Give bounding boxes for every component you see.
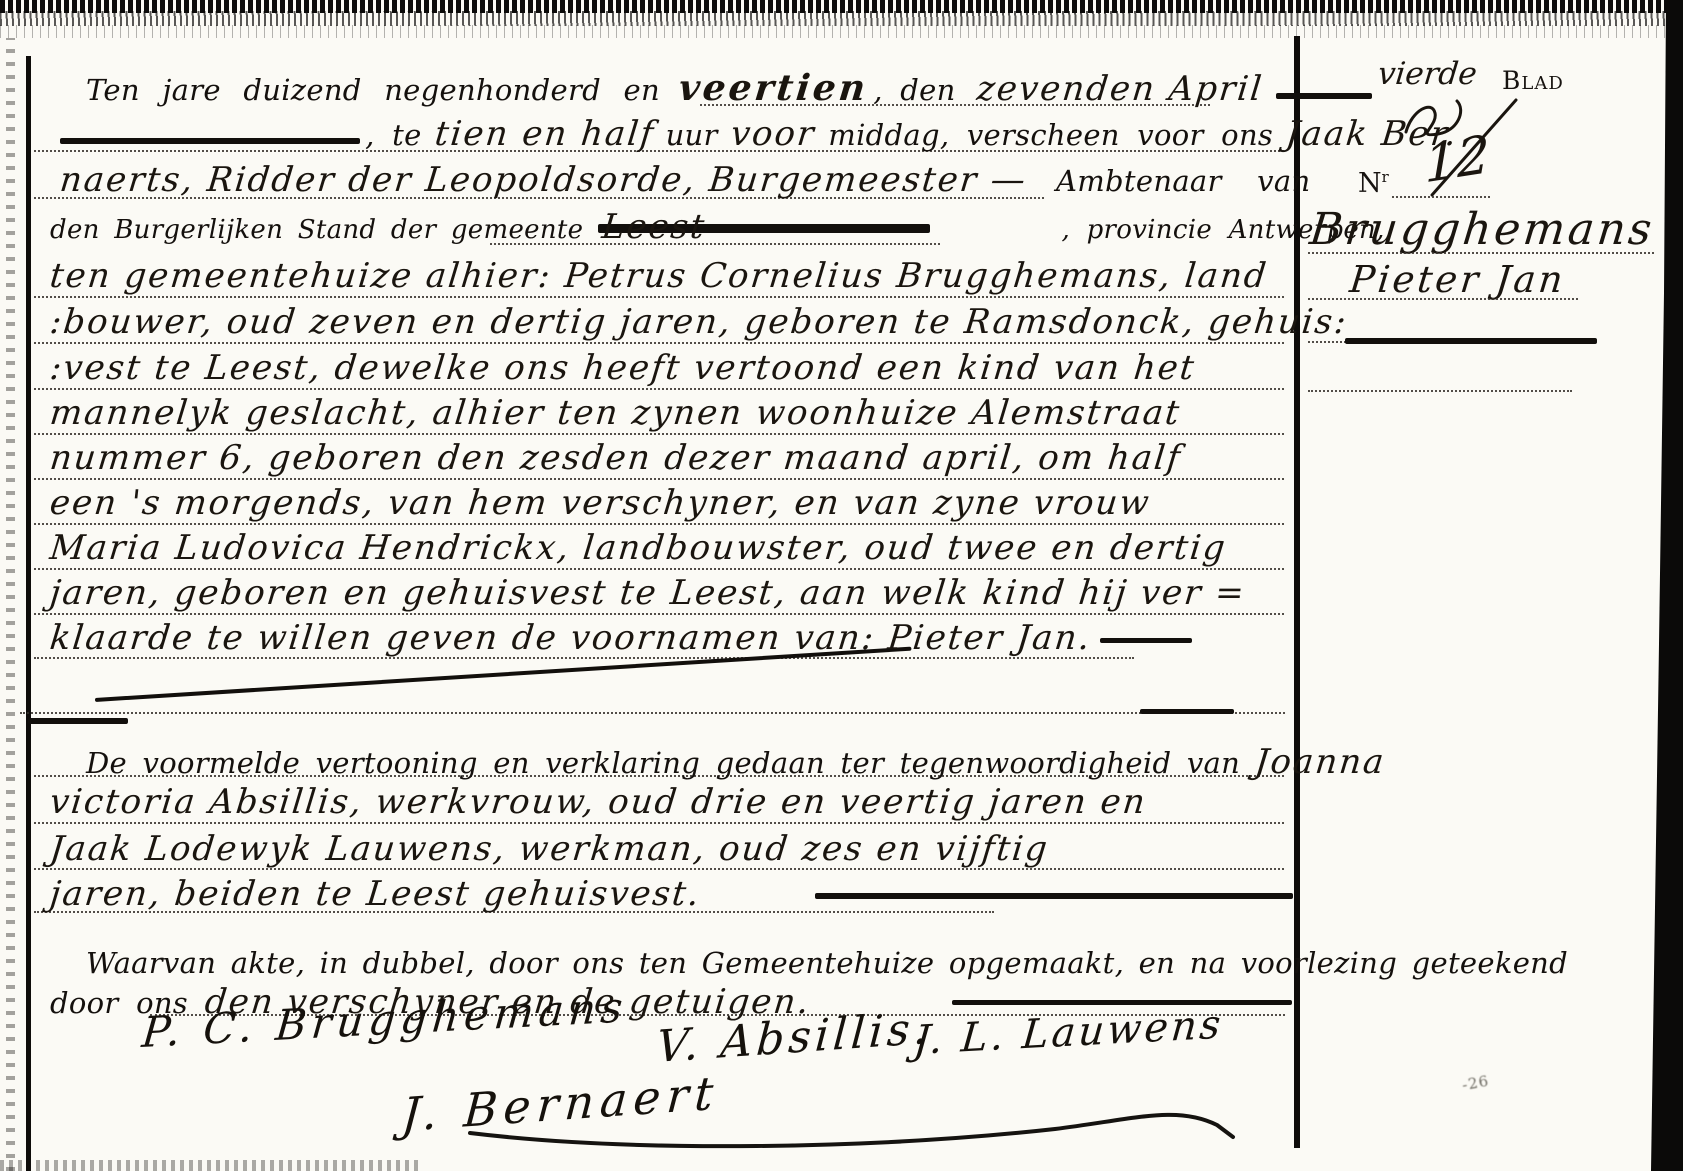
body-line: den Burgerlijken Stand der gemeente Lees…: [50, 205, 1295, 255]
handwritten-text-segment: tien en half: [432, 112, 656, 156]
scan-dark-right-edge: [1649, 0, 1683, 1171]
printed-text-segment: , den: [873, 73, 955, 107]
printed-text-segment: middag, verscheen voor ons: [828, 118, 1273, 152]
left-frame-rule: [26, 56, 31, 1171]
ruled-line: [1308, 252, 1654, 254]
body-line: Jaak Lodewyk Lauwens, werkman, oud zes e…: [50, 827, 1295, 877]
body-line: jaren, geboren en gehuisvest te Leest, a…: [50, 571, 1295, 621]
scanned-document-page: Ten jare duizend negenhonderd en veertie…: [0, 0, 1683, 1171]
ink-stroke: [1345, 338, 1597, 344]
handwritten-text-segment: :vest te Leest, dewelke ons heeft vertoo…: [48, 346, 1198, 390]
handwritten-text-segment: een 's morgends, van hem verschyner, en …: [48, 481, 1153, 525]
printed-text-segment: De voormelde vertooning en verklaring ge…: [86, 746, 1240, 780]
act-number-handwritten: 12: [1424, 125, 1490, 196]
signature-flourish: [455, 1085, 1245, 1155]
body-line: mannelyk geslacht, alhier ten zynen woon…: [50, 391, 1295, 441]
scan-noise-left-edge: [0, 38, 22, 1171]
body-line: :vest te Leest, dewelke ons heeft vertoo…: [50, 346, 1295, 396]
ink-stroke: [1140, 709, 1234, 714]
printed-text-segment: uur: [666, 118, 718, 152]
handwritten-text-segment: nummer 6, geboren den zesden dezer maand…: [48, 436, 1184, 480]
body-line: , te tien en half uur voor middag, versc…: [50, 112, 1295, 162]
ink-stroke: [60, 138, 360, 144]
ruled-line: [1308, 298, 1578, 300]
handwritten-text-segment: jaren, beiden te Leest gehuisvest.: [48, 872, 703, 916]
printed-text-segment: Ten jare duizend negenhonderd en: [86, 73, 660, 107]
nr-label-n: N: [1358, 168, 1382, 199]
handwritten-text-segment: naerts, Ridder der Leopoldsorde, Burgeme…: [58, 158, 1030, 202]
nr-label: Nr: [1358, 168, 1389, 199]
body-line: victoria Absillis, werkvrouw, oud drie e…: [50, 780, 1295, 830]
printed-text-segment: den Burgerlijken Stand der gemeente: [50, 215, 583, 245]
scan-noise-top-edge: [0, 0, 1683, 38]
handwritten-text-segment: mannelyk geslacht, alhier ten zynen woon…: [48, 391, 1183, 435]
body-line: Ten jare duizend negenhonderd en veertie…: [50, 66, 1295, 117]
body-line: :bouwer, oud zeven en dertig jaren, gebo…: [50, 300, 1295, 350]
handwritten-text-segment: ten gemeentehuize alhier: Petrus Corneli…: [48, 254, 1270, 298]
pencil-note: -26: [1461, 1072, 1491, 1094]
body-line: naerts, Ridder der Leopoldsorde, Burgeme…: [50, 158, 1295, 208]
blad-label-printed: Blad: [1502, 66, 1564, 95]
ink-stroke: [28, 718, 128, 724]
ruled-line: [1392, 196, 1490, 198]
body-line: klaarde te willen geven de voornamen van…: [50, 616, 1295, 666]
handwritten-text-segment: zevenden April: [974, 67, 1265, 111]
handwritten-text-segment: Joanna: [1253, 740, 1388, 784]
handwritten-text-segment: Jaak Lodewyk Lauwens, werkman, oud zes e…: [48, 827, 1051, 871]
margin-given-names: Pieter Jan: [1348, 258, 1568, 301]
printed-text-segment: , te: [365, 118, 421, 152]
printed-text-segment: Waarvan akte, in dubbel, door ons ten Ge…: [86, 946, 1568, 980]
handwritten-text-segment: :bouwer, oud zeven en dertig jaren, gebo…: [48, 300, 1350, 344]
ruled-line: [1308, 390, 1572, 392]
handwritten-text-segment: Maria Ludovica Hendrickx, landbouwster, …: [48, 526, 1229, 570]
scan-noise-bottom-edge: [0, 1160, 420, 1171]
printed-text-segment: Ambtenaar van: [1056, 164, 1310, 198]
ruled-line: [20, 712, 1285, 714]
body-line: Maria Ludovica Hendrickx, landbouwster, …: [50, 526, 1295, 576]
body-line: nummer 6, geboren den zesden dezer maand…: [50, 436, 1295, 486]
handwritten-text-segment: voor: [728, 112, 817, 156]
ink-stroke: [1276, 93, 1372, 99]
nr-label-sup: r: [1382, 168, 1389, 186]
margin-surname: Brugghemans: [1307, 204, 1657, 255]
handwritten-text-segment: Leest: [600, 205, 709, 249]
handwritten-text-segment: klaarde te willen geven de voornamen van…: [48, 616, 1094, 660]
handwritten-text-segment: veertien: [677, 66, 871, 110]
blad-number-handwritten: vierde: [1376, 56, 1479, 92]
body-line: jaren, beiden te Leest gehuisvest.: [50, 872, 1295, 922]
body-line: ten gemeentehuize alhier: Petrus Corneli…: [50, 254, 1295, 304]
handwritten-text-segment: victoria Absillis, werkvrouw, oud drie e…: [48, 780, 1149, 824]
handwritten-text-segment: jaren, geboren en gehuisvest te Leest, a…: [48, 571, 1248, 615]
body-line: een 's morgends, van hem verschyner, en …: [50, 481, 1295, 531]
ruled-line: [1308, 341, 1350, 343]
